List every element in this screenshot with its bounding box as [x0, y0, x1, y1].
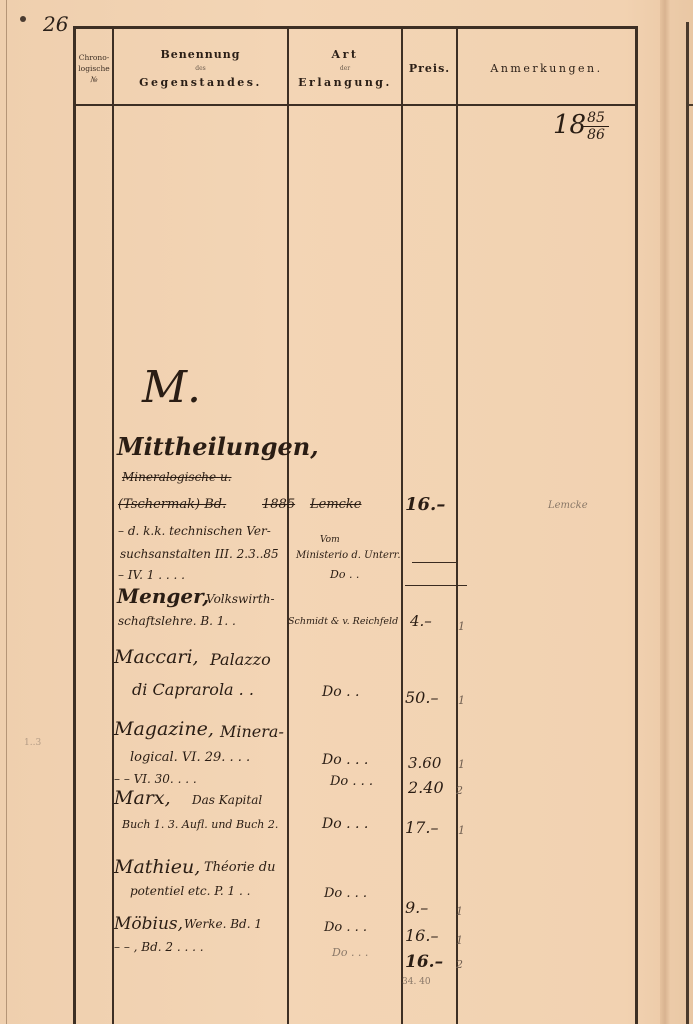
entry-price: 16.– — [405, 952, 443, 972]
header-text: des — [195, 65, 205, 72]
entry-desc: Das Kapital — [192, 793, 262, 807]
entry-source: Do . . . — [330, 774, 373, 789]
entry-desc: logical. VI. 29. . . . — [130, 750, 250, 765]
page-number: 26 — [43, 12, 68, 36]
entry-title: Magazine, — [114, 718, 214, 740]
entry-price: 3.60 — [408, 754, 441, 772]
remarks-faint-note: Lemcke — [548, 500, 588, 511]
entry-price: 50.– — [405, 688, 438, 707]
entry-desc: Buch 1. 3. Aufl. und Buch 2. — [122, 818, 278, 831]
year-top: 85 — [583, 110, 609, 126]
entry-tally: 2 — [456, 958, 463, 971]
entry-year-struck: 1885 — [262, 497, 295, 512]
entry-title: Maccari, — [114, 646, 199, 668]
ledger-page: 26 Chrono- logische № Benennung des Gege… — [0, 0, 693, 1024]
pencil-sum: 34. 40 — [402, 977, 431, 987]
price-blank-line — [405, 585, 467, 586]
page-edge-line — [6, 0, 7, 1024]
entry-source: Ministerio d. Unterr. — [296, 550, 401, 561]
header-chrono-number: Chrono- logische № — [76, 30, 112, 106]
entry-tally: 1 — [458, 694, 465, 707]
entry-tally: 1 — [458, 620, 465, 633]
header-text: Preis. — [409, 62, 450, 75]
entry-title: Möbius, — [114, 914, 183, 934]
entry-tally: 1 — [456, 934, 463, 947]
entry-title: Mittheilungen, — [117, 432, 319, 461]
entry-desc: – – , Bd. 2 . . . . — [114, 940, 204, 954]
header-text: der — [340, 65, 350, 72]
ink-dot — [20, 16, 26, 22]
facing-page-border — [686, 22, 689, 1024]
entry-source: Do . . . — [324, 886, 367, 901]
entry-desc: Werke. Bd. 1 — [184, 917, 262, 931]
entry-title: Menger, — [117, 584, 209, 608]
entry-desc: Palazzo — [210, 650, 271, 669]
facing-page-rule — [686, 104, 693, 106]
entry-source: Do . . — [322, 684, 359, 700]
entry-source: Do . . . — [324, 920, 367, 935]
entry-source: Do . . — [330, 568, 359, 581]
entry-price: 16.– — [405, 494, 445, 515]
entry-desc-struck: Mineralogische u. — [122, 470, 232, 484]
price-blank-line — [412, 562, 456, 563]
year-base: 18 — [553, 110, 586, 140]
entry-desc: – IV. 1 . . . . — [118, 568, 185, 582]
header-text: Erlangung. — [298, 76, 392, 89]
entry-tally: 1 — [456, 905, 463, 918]
entry-title: Mathieu, — [114, 856, 200, 878]
entry-desc: Minera- — [220, 722, 284, 741]
entry-desc: di Caprarola . . — [132, 680, 254, 699]
entry-price: 17.– — [405, 818, 438, 837]
entry-price: 2.40 — [408, 778, 444, 797]
entry-desc: potentiel etc. P. 1 . . — [130, 884, 250, 898]
header-text: Chrono- — [79, 52, 110, 63]
header-text: Art — [332, 48, 359, 61]
entry-price: 16.– — [405, 926, 438, 945]
entry-source-struck: Lemcke — [310, 497, 362, 512]
header-item-name: Benennung des Gegenstandes. — [114, 30, 287, 106]
entry-tally: 1 — [458, 758, 465, 771]
year-fraction: 85 86 — [583, 110, 609, 143]
entry-source: Vom — [320, 535, 340, 545]
book-spine — [660, 0, 670, 1024]
entry-source: Do . . . — [322, 816, 368, 832]
entry-desc-struck: (Tschermak) Bd. — [118, 497, 226, 512]
header-text: Benennung — [161, 48, 241, 61]
year-note: 18 85 86 — [553, 110, 586, 140]
entry-desc: – – VI. 30. . . . — [114, 772, 197, 786]
header-text: logische — [78, 63, 109, 74]
entry-desc: Volkswirth- — [206, 592, 275, 606]
column-divider — [456, 26, 458, 1024]
entry-tally: 1 — [458, 824, 465, 837]
entry-desc: schaftslehre. B. 1. . — [118, 614, 236, 628]
header-text: Gegenstandes. — [139, 76, 262, 89]
header-remarks: Anmerkungen. — [458, 30, 635, 106]
entry-desc: Théorie du — [204, 860, 275, 875]
entry-title: Marx, — [114, 787, 171, 809]
entry-tally: 2 — [456, 784, 463, 797]
entry-source: Do . . . — [322, 752, 368, 768]
column-divider — [401, 26, 403, 1024]
header-price: Preis. — [403, 30, 456, 106]
left-margin-faint-mark: 1..3 — [24, 738, 41, 748]
entry-price: 9.– — [405, 898, 428, 917]
entry-source: Schmidt & v. Reichfeld — [288, 616, 398, 627]
column-divider — [287, 26, 289, 1024]
header-text: № — [90, 74, 97, 85]
entry-source: Do . . . — [332, 946, 368, 959]
section-letter: M. — [142, 362, 201, 413]
entry-desc: – d. k.k. technischen Ver- — [118, 524, 271, 538]
entry-desc: suchsanstalten III. 2.3..85 — [120, 547, 279, 561]
entry-price: 4.– — [410, 612, 432, 630]
header-text: Anmerkungen. — [490, 62, 602, 75]
year-bottom: 86 — [583, 127, 609, 143]
header-acquisition: Art der Erlangung. — [289, 30, 401, 106]
